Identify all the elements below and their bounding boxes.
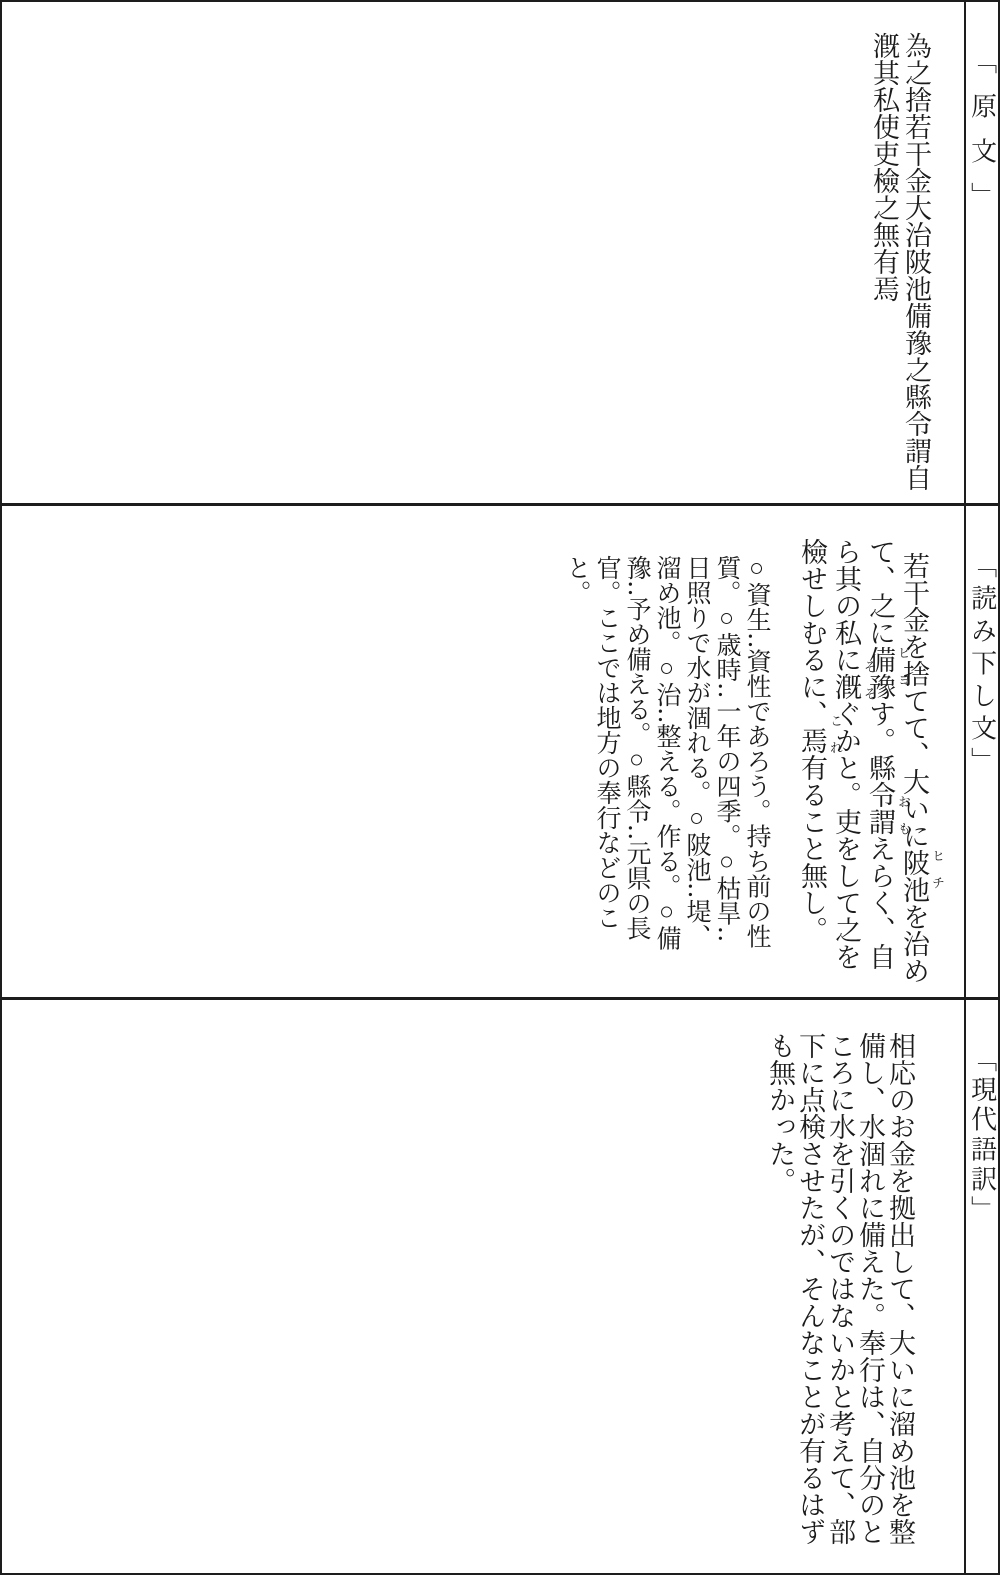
note-item: ○治‥整える。作る。 bbox=[653, 655, 680, 899]
modern-translation-body: 相応のお金を拠出して、大いに溜め池を整備し、水涸れに備えた。奉行は、自分のところ… bbox=[2, 1000, 964, 1573]
section-reading: 若干金を捨てて、大いに陂池ヒチを治めて、之に備豫ビヨす。縣令謂おもえらく、自ら其… bbox=[2, 503, 998, 997]
section-label-genbun: 「原文」 bbox=[966, 48, 997, 227]
original-text-body: 為之捨若干金大治陂池備豫之縣令謂自漑其私使吏檢之無有焉 bbox=[2, 2, 964, 503]
original-text: 為之捨若干金大治陂池備豫之縣令謂自漑其私使吏檢之無有焉 bbox=[867, 32, 931, 498]
furigana-reading: ヒチ bbox=[931, 849, 944, 903]
furigana-term: 陂池ヒチ bbox=[899, 849, 929, 903]
section-label-gendaigoyaku: 「現代語訳」 bbox=[966, 1046, 997, 1225]
section-label-yomikudashi: 「読み下し文」 bbox=[966, 552, 997, 780]
reading-text: 若干金を捨てて、大いに陂池ヒチを治めて、之に備豫ビヨす。縣令謂おもえらく、自ら其… bbox=[795, 538, 931, 985]
furigana-reading: おも bbox=[897, 795, 910, 849]
furigana-term: 謂おも bbox=[865, 808, 895, 835]
furigana-reading: これ bbox=[829, 714, 842, 768]
reading-body: 若干金を捨てて、大いに陂池ヒチを治めて、之に備豫ビヨす。縣令謂おもえらく、自ら其… bbox=[2, 506, 964, 997]
section-original-text: 為之捨若干金大治陂池備豫之縣令謂自漑其私使吏檢之無有焉 「原文」 bbox=[2, 2, 998, 503]
section-modern-translation: 相応のお金を拠出して、大いに溜め池を整備し、水涸れに備えた。奉行は、自分のところ… bbox=[2, 997, 998, 1573]
original-label-column: 「原文」 bbox=[964, 2, 998, 503]
furigana-term: 漑そそ bbox=[831, 673, 861, 700]
furigana-reading: そそ bbox=[863, 660, 876, 714]
furigana-term: 焉これ bbox=[797, 727, 827, 754]
modern-translation-label-column: 「現代語訳」 bbox=[964, 1000, 998, 1573]
furigana-reading: ビヨ bbox=[897, 646, 910, 700]
reading-label-column: 「読み下し文」 bbox=[964, 506, 998, 997]
modern-translation-text: 相応のお金を拠出して、大いに溜め池を整備し、水涸れに備えた。奉行は、自分のところ… bbox=[764, 1032, 914, 1569]
document-page: 為之捨若干金大治陂池備豫之縣令謂自漑其私使吏檢之無有焉 「原文」 若干金を捨てて… bbox=[0, 0, 1000, 1575]
note-item: ○歳時‥一年の四季。 bbox=[713, 605, 740, 849]
reading-notes: ○資生‥資性であろう。持ち前の性質。○歳時‥一年の四季。○枯旱‥日照りで水が涸れ… bbox=[561, 555, 771, 967]
